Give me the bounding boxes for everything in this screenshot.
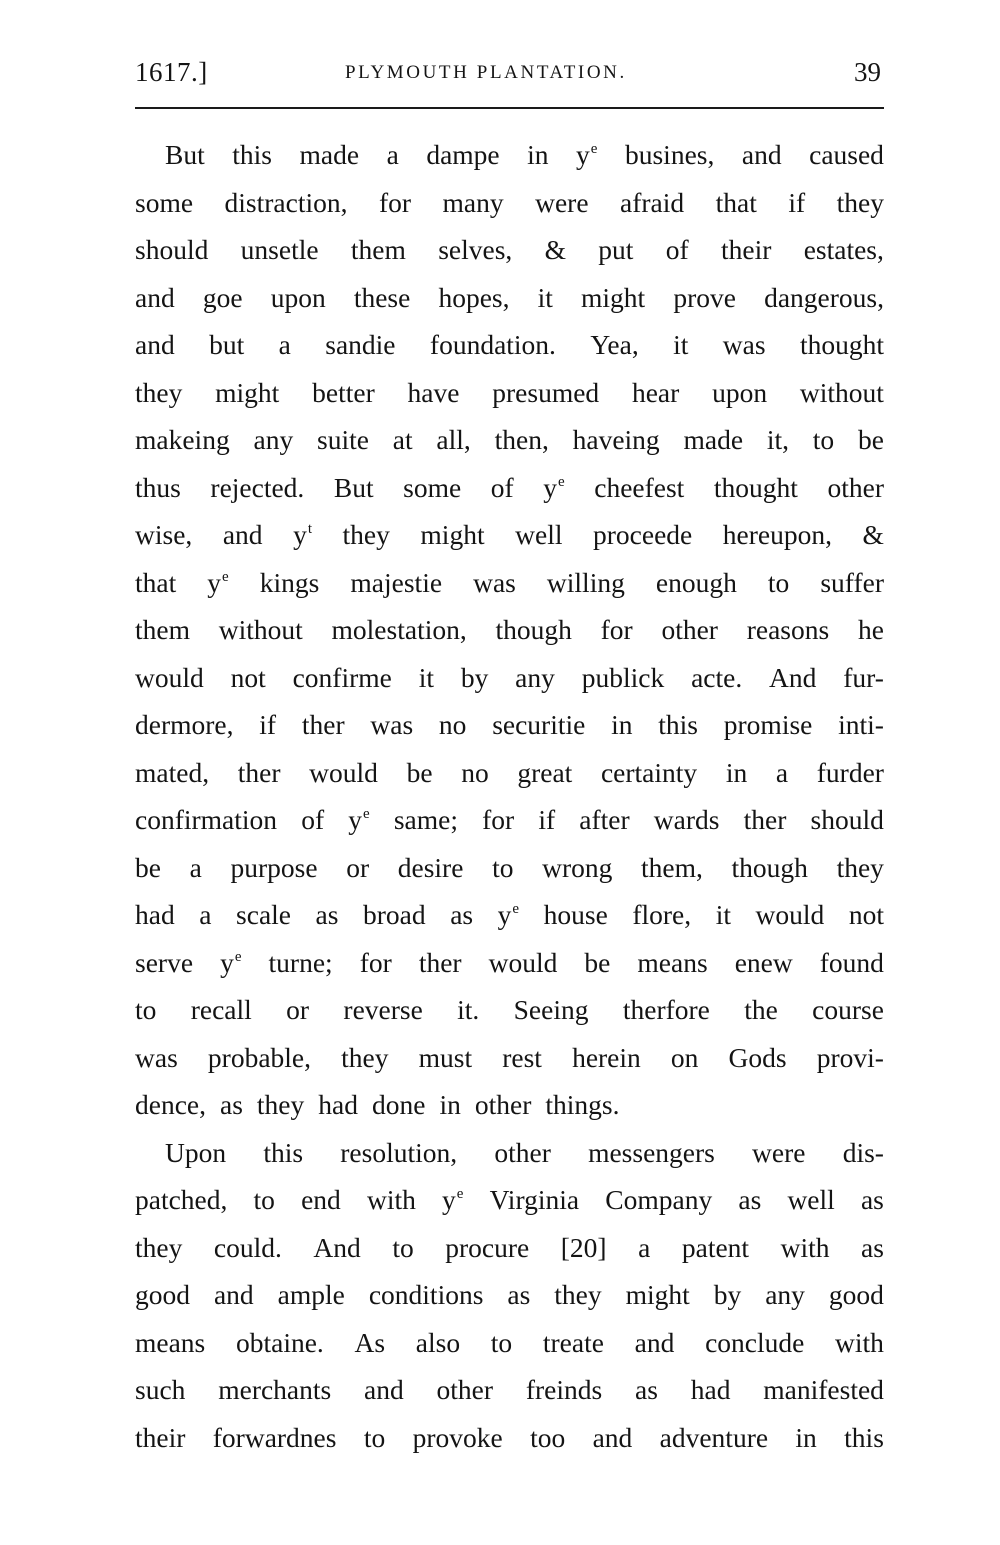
- running-head-date: 1617.]: [135, 52, 208, 92]
- word: and: [364, 1366, 404, 1414]
- word: should: [811, 796, 884, 844]
- text-line: beapurposeordesiretowrongthem,thoughthey: [135, 844, 884, 892]
- word: purpose: [230, 844, 317, 892]
- word: upon: [271, 274, 326, 322]
- word: had: [691, 1366, 731, 1414]
- word: hear: [632, 369, 679, 417]
- word: were: [535, 179, 588, 227]
- word: they: [257, 1081, 304, 1129]
- word: this: [658, 701, 698, 749]
- word: to: [135, 986, 156, 1034]
- running-head: 1617.] PLYMOUTH PLANTATION. 39: [135, 52, 883, 92]
- text-line: Uponthisresolution,othermessengersweredi…: [135, 1129, 884, 1177]
- word: be: [407, 749, 433, 797]
- word: or: [286, 986, 309, 1034]
- text-line: wise,andyttheymightwellproceedehereupon,…: [135, 511, 884, 559]
- word: wrong: [542, 844, 612, 892]
- word: with: [835, 1319, 884, 1367]
- word: majestie: [350, 559, 442, 607]
- word: ye: [348, 796, 369, 844]
- word: some: [135, 179, 193, 227]
- word: any: [515, 654, 555, 702]
- word: confirme: [293, 654, 392, 702]
- word: forwardnes: [213, 1414, 337, 1462]
- word: that: [716, 179, 757, 227]
- word: without: [800, 369, 884, 417]
- word: them,: [641, 844, 703, 892]
- running-head-title: PLYMOUTH PLANTATION.: [345, 53, 627, 93]
- word: it: [419, 654, 434, 702]
- word: estates,: [804, 226, 884, 274]
- word: they: [135, 369, 182, 417]
- word: and: [635, 1319, 675, 1367]
- word: course: [812, 986, 884, 1034]
- word: could.: [214, 1224, 282, 1272]
- text-line: suchmerchantsandotherfreindsashadmanifes…: [135, 1366, 884, 1414]
- word: to: [364, 1414, 385, 1462]
- word: and: [135, 321, 175, 369]
- word: &: [545, 226, 566, 274]
- word: rejected.: [210, 464, 304, 512]
- word: But: [165, 131, 205, 179]
- word: provoke: [413, 1414, 503, 1462]
- text-line: somedistraction,formanywereafraidthatift…: [135, 179, 884, 227]
- word: it: [716, 891, 731, 939]
- text-line: makeinganysuiteatall,then,haveingmadeit,…: [135, 416, 884, 464]
- word: and: [593, 1414, 633, 1462]
- word: any: [765, 1271, 805, 1319]
- word: have: [408, 369, 460, 417]
- word: proceede: [593, 511, 692, 559]
- word: of: [491, 464, 514, 512]
- word: selves,: [438, 226, 512, 274]
- word: ye: [220, 939, 241, 987]
- word: messengers: [588, 1129, 715, 1177]
- word: for: [601, 606, 633, 654]
- text-line: theymightbetterhavepresumedhearuponwitho…: [135, 369, 884, 417]
- word: of: [301, 796, 324, 844]
- word: great: [517, 749, 572, 797]
- word: end: [301, 1176, 341, 1224]
- word: obtaine.: [236, 1319, 324, 1367]
- word: dis-: [843, 1129, 884, 1177]
- word: by: [714, 1271, 742, 1319]
- word: And: [769, 654, 816, 702]
- word: would: [309, 749, 378, 797]
- word: to: [813, 416, 834, 464]
- word: reverse: [343, 986, 422, 1034]
- word: patent: [682, 1224, 749, 1272]
- word: without: [219, 606, 303, 654]
- word: their: [721, 226, 771, 274]
- word: in: [611, 701, 632, 749]
- word: enough: [656, 559, 737, 607]
- word: foundation.: [430, 321, 556, 369]
- word: means: [135, 1319, 205, 1367]
- word: other: [827, 464, 884, 512]
- word: a: [638, 1224, 650, 1272]
- word: in: [439, 1081, 460, 1129]
- word: put: [598, 226, 633, 274]
- word: a: [776, 749, 788, 797]
- word: many: [443, 179, 504, 227]
- word: treate: [543, 1319, 604, 1367]
- word: ther: [419, 939, 462, 987]
- word: no: [461, 749, 489, 797]
- word: securitie: [492, 701, 585, 749]
- word: better: [312, 369, 375, 417]
- word: busines,: [625, 131, 714, 179]
- word: and: [223, 511, 263, 559]
- word: Upon: [165, 1129, 226, 1177]
- word: for: [360, 939, 392, 987]
- word: turne;: [269, 939, 333, 987]
- word: rest: [502, 1034, 542, 1082]
- word: had: [135, 891, 175, 939]
- word: be: [858, 416, 884, 464]
- word: good: [135, 1271, 190, 1319]
- word: it: [538, 274, 553, 322]
- word: dampe: [426, 131, 499, 179]
- word: unsetle: [241, 226, 319, 274]
- text-line: thusrejected.Butsomeofyecheefestthoughto…: [135, 464, 884, 512]
- word: would: [756, 891, 825, 939]
- word: [20]: [561, 1224, 607, 1272]
- word: other: [661, 606, 718, 654]
- word: not: [849, 891, 884, 939]
- word: wise,: [135, 511, 192, 559]
- word: serve: [135, 939, 193, 987]
- word: ther: [238, 749, 281, 797]
- word: they: [837, 179, 884, 227]
- word: by: [461, 654, 489, 702]
- word: conditions: [369, 1271, 484, 1319]
- word: upon: [712, 369, 767, 417]
- word: and: [214, 1271, 254, 1319]
- word: must: [419, 1034, 472, 1082]
- word: some: [403, 464, 461, 512]
- word: confirmation: [135, 796, 277, 844]
- word: enew: [735, 939, 793, 987]
- word: or: [346, 844, 369, 892]
- text-line: thatyekingsmajestiewaswillingenoughtosuf…: [135, 559, 884, 607]
- word: might: [626, 1271, 690, 1319]
- word: willing: [547, 559, 625, 607]
- word: were: [752, 1129, 805, 1177]
- word: as: [861, 1224, 884, 1272]
- word: ye: [207, 559, 228, 607]
- word: to: [491, 1319, 512, 1367]
- word: but: [209, 321, 244, 369]
- word: all,: [436, 416, 470, 464]
- word: merchants: [218, 1366, 331, 1414]
- text-line: dermore,iftherwasnosecuritieinthispromis…: [135, 701, 884, 749]
- text-line: patched,toendwithyeVirginiaCompanyaswell…: [135, 1176, 884, 1224]
- word: that: [135, 559, 176, 607]
- word: of: [666, 226, 689, 274]
- word: ye: [498, 891, 519, 939]
- word: sandie: [325, 321, 395, 369]
- word: molestation,: [332, 606, 467, 654]
- word: would: [135, 654, 204, 702]
- word: might: [420, 511, 484, 559]
- word: ye: [442, 1176, 463, 1224]
- text-line: torecallorreverseit.Seeingtherforethecou…: [135, 986, 884, 1034]
- word: probable,: [208, 1034, 311, 1082]
- word: he: [858, 606, 884, 654]
- word: makeing: [135, 416, 230, 464]
- word: if: [538, 796, 555, 844]
- word: should: [135, 226, 208, 274]
- word: ye: [576, 131, 597, 179]
- word: presumed: [492, 369, 599, 417]
- word: well: [515, 511, 562, 559]
- word: adventure: [660, 1414, 768, 1462]
- word: publick: [582, 654, 665, 702]
- word: as: [220, 1081, 243, 1129]
- word: after: [579, 796, 629, 844]
- word: too: [530, 1414, 565, 1462]
- word: dence,: [135, 1081, 206, 1129]
- word: scale: [236, 891, 291, 939]
- word: and: [742, 131, 782, 179]
- word: as: [450, 891, 473, 939]
- word: be: [584, 939, 610, 987]
- word: might: [581, 274, 645, 322]
- header-rule: [135, 107, 884, 109]
- word: a: [387, 131, 399, 179]
- word: goe: [203, 274, 243, 322]
- body-text: Butthismadeadampeinyebusines,andcausedso…: [135, 131, 884, 1461]
- word: patched,: [135, 1176, 227, 1224]
- word: as: [316, 891, 339, 939]
- word: suffer: [820, 559, 884, 607]
- word: be: [135, 844, 161, 892]
- word: desire: [398, 844, 464, 892]
- text-line: dence,astheyhaddoneinotherthings.: [135, 1081, 884, 1129]
- text-line: serveyeturne;fortherwouldbemeansenewfoun…: [135, 939, 884, 987]
- word: their: [135, 1414, 185, 1462]
- word: it.: [457, 986, 479, 1034]
- word: had: [318, 1081, 358, 1129]
- text-line: Butthismadeadampeinyebusines,andcaused: [135, 131, 884, 179]
- word: any: [254, 416, 294, 464]
- word: they: [554, 1271, 601, 1319]
- word: caused: [809, 131, 884, 179]
- word: to: [254, 1176, 275, 1224]
- word: house: [544, 891, 608, 939]
- word: recall: [191, 986, 252, 1034]
- word: to: [392, 1224, 413, 1272]
- word: the: [744, 986, 778, 1034]
- word: Company: [605, 1176, 712, 1224]
- word: procure: [445, 1224, 529, 1272]
- word: to: [492, 844, 513, 892]
- text-line: shouldunsetlethemselves,&putoftheirestat…: [135, 226, 884, 274]
- word: thus: [135, 464, 181, 512]
- word: them: [135, 606, 190, 654]
- word: distraction,: [225, 179, 348, 227]
- word: they: [341, 1034, 388, 1082]
- word: &: [863, 511, 884, 559]
- word: and: [135, 274, 175, 322]
- word: Yea,: [590, 321, 638, 369]
- word: manifested: [763, 1366, 884, 1414]
- word: it,: [767, 416, 789, 464]
- word: as: [738, 1176, 761, 1224]
- word: not: [231, 654, 266, 702]
- word: herein: [572, 1034, 641, 1082]
- word: as: [861, 1176, 884, 1224]
- word: thought: [800, 321, 884, 369]
- word: was: [473, 559, 516, 607]
- word: same;: [394, 796, 458, 844]
- word: prove: [673, 274, 736, 322]
- word: them: [351, 226, 406, 274]
- word: Virginia: [490, 1176, 580, 1224]
- word: things.: [545, 1081, 619, 1129]
- word: other: [494, 1129, 551, 1177]
- word: good: [829, 1271, 884, 1319]
- text-line: goodandampleconditionsastheymightbyanygo…: [135, 1271, 884, 1319]
- word: these: [354, 274, 411, 322]
- word: with: [367, 1176, 416, 1224]
- word: a: [190, 844, 202, 892]
- word: they: [135, 1224, 182, 1272]
- word: made: [683, 416, 743, 464]
- word: a: [279, 321, 291, 369]
- word: thought: [714, 464, 798, 512]
- word: on: [671, 1034, 699, 1082]
- word: hopes,: [438, 274, 509, 322]
- text-line: theirforwardnestoprovoketooandadventurei…: [135, 1414, 884, 1462]
- text-line: andgoeuponthesehopes,itmightprovedangero…: [135, 274, 884, 322]
- word: this: [844, 1414, 884, 1462]
- text-line: meansobtaine.Asalsototreateandconcludewi…: [135, 1319, 884, 1367]
- word: in: [726, 749, 747, 797]
- word: though: [495, 606, 571, 654]
- word: was: [723, 321, 766, 369]
- word: to: [768, 559, 789, 607]
- word: certainty: [601, 749, 697, 797]
- word: as: [507, 1271, 530, 1319]
- text-line: theycould.Andtoprocure[20]apatentwithas: [135, 1224, 884, 1272]
- text-line: andbutasandiefoundation.Yea,itwasthought: [135, 321, 884, 369]
- word: provi-: [817, 1034, 884, 1082]
- word: Seeing: [514, 986, 589, 1034]
- word: also: [416, 1319, 460, 1367]
- word: yt: [293, 511, 312, 559]
- word: was: [370, 701, 413, 749]
- word: cheefest: [594, 464, 684, 512]
- word: furder: [817, 749, 884, 797]
- word: in: [527, 131, 548, 179]
- word: dangerous,: [764, 274, 884, 322]
- text-line: themwithoutmolestation,thoughforotherrea…: [135, 606, 884, 654]
- word: ample: [278, 1271, 345, 1319]
- word: afraid: [620, 179, 684, 227]
- word: Gods: [729, 1034, 787, 1082]
- text-line: hadascaleasbroadasyehouseflore,itwouldno…: [135, 891, 884, 939]
- word: such: [135, 1366, 185, 1414]
- word: if: [788, 179, 805, 227]
- word: conclude: [705, 1319, 804, 1367]
- word: And: [313, 1224, 360, 1272]
- text-line: wouldnotconfirmeitbyanypublickacte.Andfu…: [135, 654, 884, 702]
- word: they: [837, 844, 884, 892]
- text-line: wasprobable,theymustresthereinonGodsprov…: [135, 1034, 884, 1082]
- word: haveing: [573, 416, 660, 464]
- word: hereupon,: [723, 511, 832, 559]
- word: fur-: [843, 654, 884, 702]
- word: therfore: [623, 986, 710, 1034]
- word: flore,: [632, 891, 691, 939]
- word: found: [820, 939, 884, 987]
- word: this: [263, 1129, 303, 1177]
- word: kings: [260, 559, 320, 607]
- word: ther: [744, 796, 787, 844]
- word: wards: [654, 796, 720, 844]
- word: this: [232, 131, 272, 179]
- word: mated,: [135, 749, 209, 797]
- word: would: [489, 939, 558, 987]
- word: no: [439, 701, 467, 749]
- word: if: [259, 701, 276, 749]
- word: reasons: [747, 606, 829, 654]
- word: means: [637, 939, 707, 987]
- word: made: [300, 131, 360, 179]
- word: done: [372, 1081, 425, 1129]
- word: for: [379, 179, 411, 227]
- word: other: [437, 1366, 494, 1414]
- word: they: [343, 511, 390, 559]
- word: promise: [724, 701, 813, 749]
- page-number: 39: [854, 52, 881, 92]
- text-line: mated,therwouldbenogreatcertaintyinafurd…: [135, 749, 884, 797]
- word: dermore,: [135, 701, 234, 749]
- word: But: [334, 464, 374, 512]
- word: broad: [363, 891, 426, 939]
- word: then,: [495, 416, 549, 464]
- text-line: confirmationofyesame;forifafterwardsther…: [135, 796, 884, 844]
- word: well: [787, 1176, 834, 1224]
- word: ther: [302, 701, 345, 749]
- word: might: [215, 369, 279, 417]
- word: a: [199, 891, 211, 939]
- word: for: [482, 796, 514, 844]
- word: it: [673, 321, 688, 369]
- word: acte.: [691, 654, 742, 702]
- word: inti-: [838, 701, 884, 749]
- word: in: [795, 1414, 816, 1462]
- book-page: 1617.] PLYMOUTH PLANTATION. 39 Butthisma…: [0, 0, 1000, 1545]
- word: other: [475, 1081, 532, 1129]
- word: as: [635, 1366, 658, 1414]
- word: freinds: [526, 1366, 602, 1414]
- word: ye: [543, 464, 564, 512]
- word: though: [732, 844, 808, 892]
- word: with: [781, 1224, 830, 1272]
- word: resolution,: [340, 1129, 457, 1177]
- word: was: [135, 1034, 178, 1082]
- word: As: [355, 1319, 386, 1367]
- word: suite: [317, 416, 369, 464]
- word: at: [393, 416, 413, 464]
